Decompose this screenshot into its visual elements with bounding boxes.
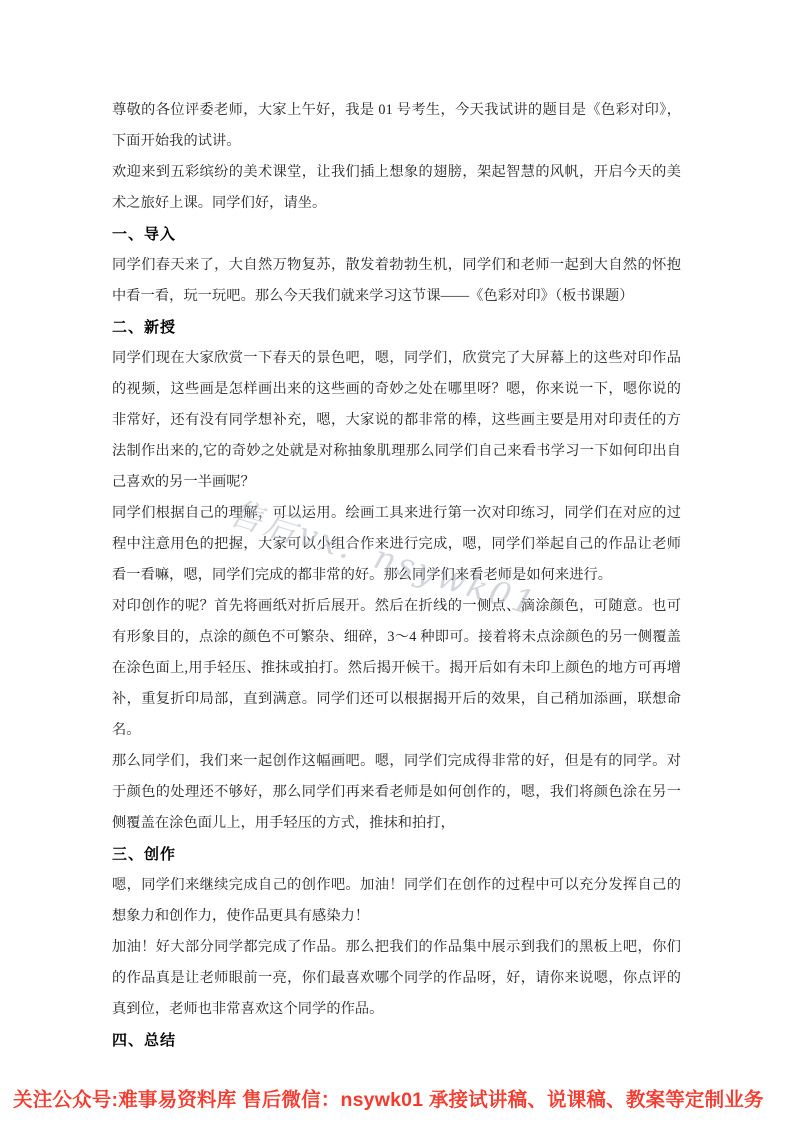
paragraph-welcome: 欢迎来到五彩缤纷的美术课堂，让我们插上想象的翅膀，架起智慧的风帆，开启今天的美术… bbox=[112, 157, 681, 219]
document-page: 尊敬的各位评委老师，大家上午好，我是 01 号考生，今天我试讲的题目是《色彩对印… bbox=[0, 0, 793, 1122]
paragraph-new-lesson-1: 同学们现在大家欣赏一下春天的景色吧，嗯，同学们，欣赏完了大屏幕上的这些对印作品的… bbox=[112, 343, 681, 498]
paragraph-new-lesson-3: 对印创作的呢？首先将画纸对折后展开。然后在折线的一侧点、滴涂颜色，可随意。也可有… bbox=[112, 591, 681, 746]
heading-section-4-summary: 四、总结 bbox=[112, 1025, 681, 1056]
paragraph-creation-1: 嗯，同学们来继续完成自己的创作吧。加油！同学们在创作的过程中可以充分发挥自己的想… bbox=[112, 870, 681, 932]
footer-promo-banner: 关注公众号:难事易资料库 售后微信：nsywk01 承接试讲稿、说课稿、教案等定… bbox=[13, 1084, 793, 1112]
paragraph-creation-2: 加油！好大部分同学都完成了作品。那么把我们的作品集中展示到我们的黑板上吧，你们的… bbox=[112, 932, 681, 1025]
paragraph-opening-greeting: 尊敬的各位评委老师，大家上午好，我是 01 号考生，今天我试讲的题目是《色彩对印… bbox=[112, 95, 681, 157]
paragraph-new-lesson-4: 那么同学们，我们来一起创作这幅画吧。嗯，同学们完成得非常的好，但是有的同学。对于… bbox=[112, 746, 681, 839]
heading-section-1-lead-in: 一、导入 bbox=[112, 219, 681, 250]
document-body: 尊敬的各位评委老师，大家上午好，我是 01 号考生，今天我试讲的题目是《色彩对印… bbox=[112, 95, 681, 1056]
heading-section-3-creation: 三、创作 bbox=[112, 839, 681, 870]
paragraph-new-lesson-2: 同学们根据自己的理解，可以运用。绘画工具来进行第一次对印练习，同学们在对应的过程… bbox=[112, 498, 681, 591]
heading-section-2-new-lesson: 二、新授 bbox=[112, 312, 681, 343]
paragraph-lead-in: 同学们春天来了，大自然万物复苏，散发着勃勃生机，同学们和老师一起到大自然的怀抱中… bbox=[112, 250, 681, 312]
